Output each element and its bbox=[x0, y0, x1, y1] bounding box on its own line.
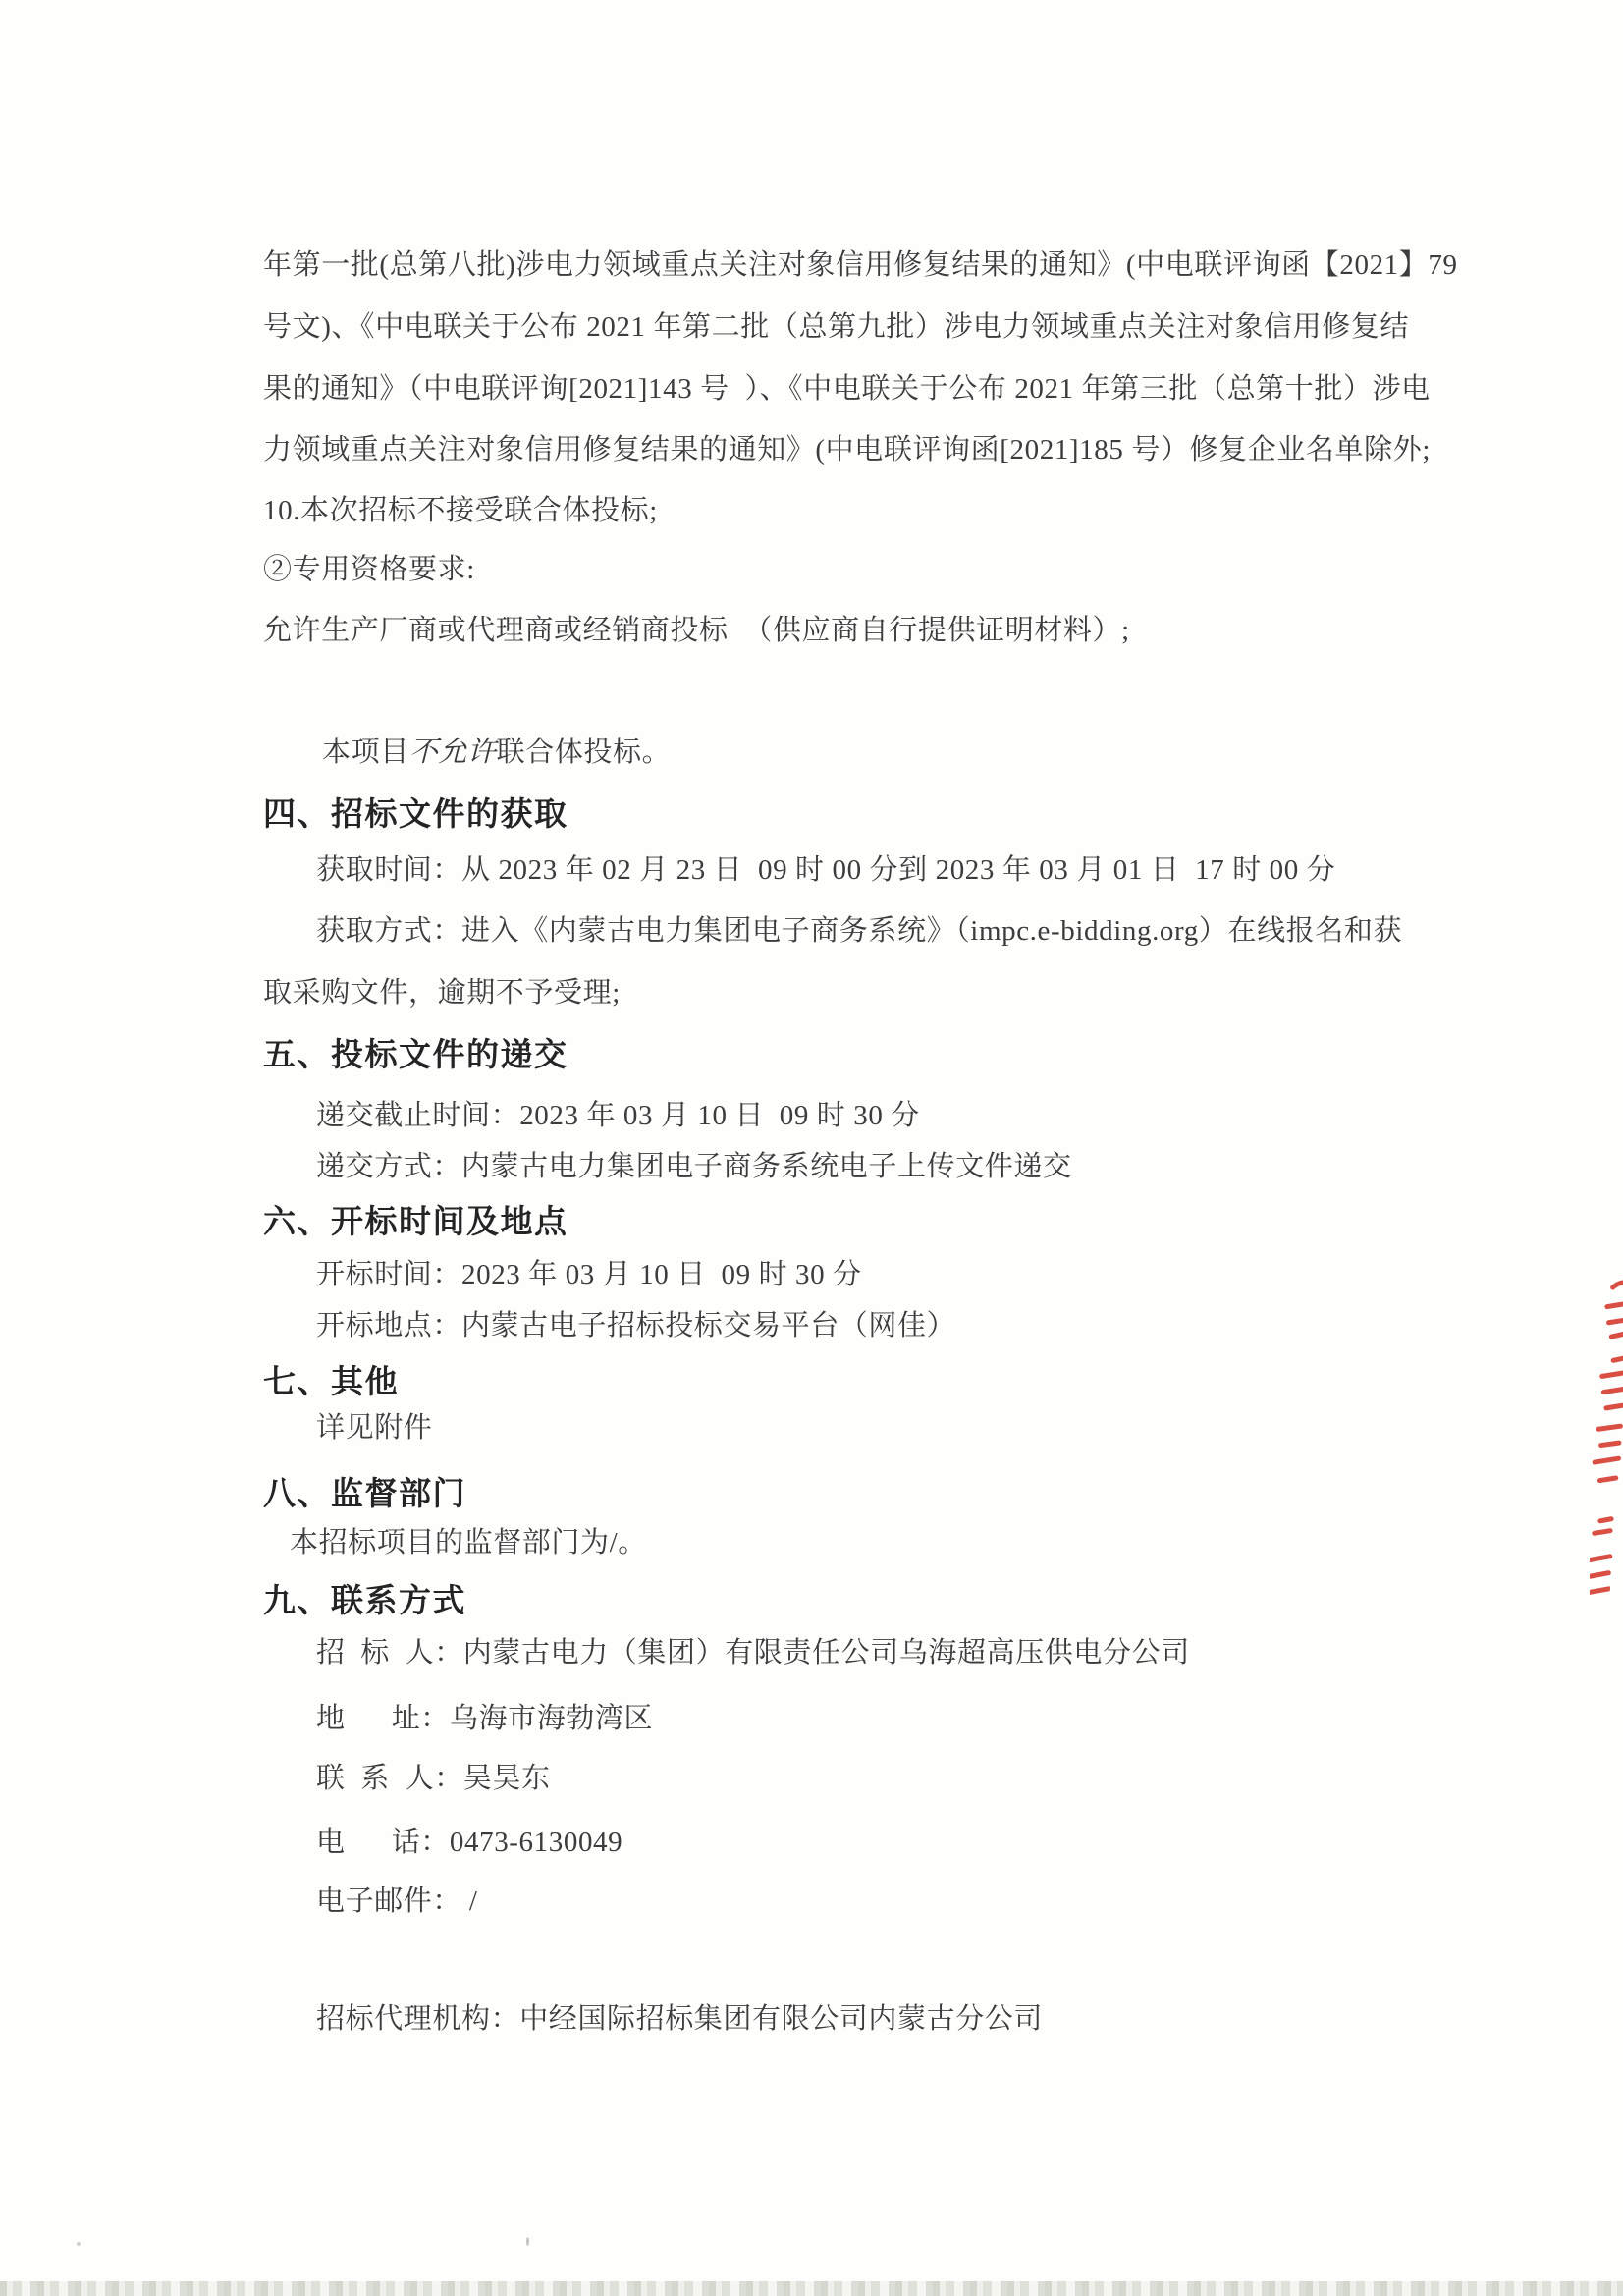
paragraph-line: 10.本次招标不接受联合体投标; bbox=[263, 493, 658, 528]
agency-line: 招标代理机构：中经国际招标集团有限公司内蒙古分公司 bbox=[316, 2001, 1043, 2037]
supervision-department-line: 本招标项目的监督部门为/。 bbox=[290, 1525, 647, 1560]
phone-line: 电 话：0473-6130049 bbox=[316, 1825, 622, 1860]
no-consortium-statement: 本项目不允许联合体投标。 bbox=[322, 735, 671, 770]
contact-person-line: 联 系 人：吴昊东 bbox=[316, 1761, 551, 1796]
statement-emphasis: 不允许 bbox=[409, 737, 497, 768]
section-heading-bid-opening: 六、开标时间及地点 bbox=[263, 1196, 568, 1242]
statement-suffix: 联合体投标。 bbox=[497, 737, 672, 768]
submission-deadline-line: 递交截止时间：2023 年 03 月 10 日 09 时 30 分 bbox=[316, 1098, 920, 1133]
paragraph-line: 允许生产厂商或代理商或经销商投标 （供应商自行提供证明材料）; bbox=[263, 613, 1130, 648]
scan-edge-artifact bbox=[0, 2281, 1623, 2296]
paragraph-line: 号文)、《中电联关于公布 2021 年第二批（总第九批）涉电力领域重点关注对象信… bbox=[263, 309, 1409, 345]
section-heading-contact: 九、联系方式 bbox=[263, 1575, 466, 1621]
section-heading-others: 七、其他 bbox=[263, 1356, 399, 1402]
acquire-method-continuation: 取采购文件，逾期不予受理; bbox=[263, 975, 621, 1011]
bidder-line: 招 标 人：内蒙古电力（集团）有限责任公司乌海超高压供电分公司 bbox=[316, 1635, 1190, 1670]
section-heading-submit-documents: 五、投标文件的递交 bbox=[263, 1029, 568, 1075]
scan-speck bbox=[526, 2237, 529, 2246]
red-seal-fragment bbox=[1590, 1272, 1623, 1611]
bid-opening-time-line: 开标时间：2023 年 03 月 10 日 09 时 30 分 bbox=[316, 1257, 862, 1292]
acquire-method-line: 获取方式：进入《内蒙古电力集团电子商务系统》（impc.e-bidding.or… bbox=[316, 913, 1402, 949]
scan-speck bbox=[77, 2242, 81, 2246]
section-heading-obtain-documents: 四、招标文件的获取 bbox=[263, 789, 568, 835]
paragraph-line: 果的通知》（中电联评询[2021]143 号 ）、《中电联关于公布 2021 年… bbox=[263, 371, 1431, 407]
submission-method-line: 递交方式：内蒙古电力集团电子商务系统电子上传文件递交 bbox=[316, 1149, 1072, 1184]
see-attachment-line: 详见附件 bbox=[316, 1410, 432, 1446]
bid-opening-place-line: 开标地点：内蒙古电子招标投标交易平台（网佳） bbox=[316, 1308, 955, 1343]
email-line: 电子邮件： / bbox=[316, 1884, 478, 1919]
statement-prefix: 本项目 bbox=[322, 737, 409, 768]
section-heading-supervision: 八、监督部门 bbox=[263, 1468, 466, 1514]
acquire-time-line: 获取时间：从 2023 年 02 月 23 日 09 时 00 分到 2023 … bbox=[316, 852, 1335, 888]
paragraph-line: 力领域重点关注对象信用修复结果的通知》(中电联评询函[2021]185 号）修复… bbox=[263, 432, 1431, 467]
scanned-tender-document-page: 年第一批(总第八批)涉电力领域重点关注对象信用修复结果的通知》(中电联评询函【2… bbox=[0, 0, 1623, 2296]
special-qualification-label: ②专用资格要求: bbox=[263, 552, 475, 587]
paragraph-line: 年第一批(总第八批)涉电力领域重点关注对象信用修复结果的通知》(中电联评询函【2… bbox=[263, 247, 1458, 283]
address-line: 地 址：乌海市海勃湾区 bbox=[316, 1701, 653, 1736]
